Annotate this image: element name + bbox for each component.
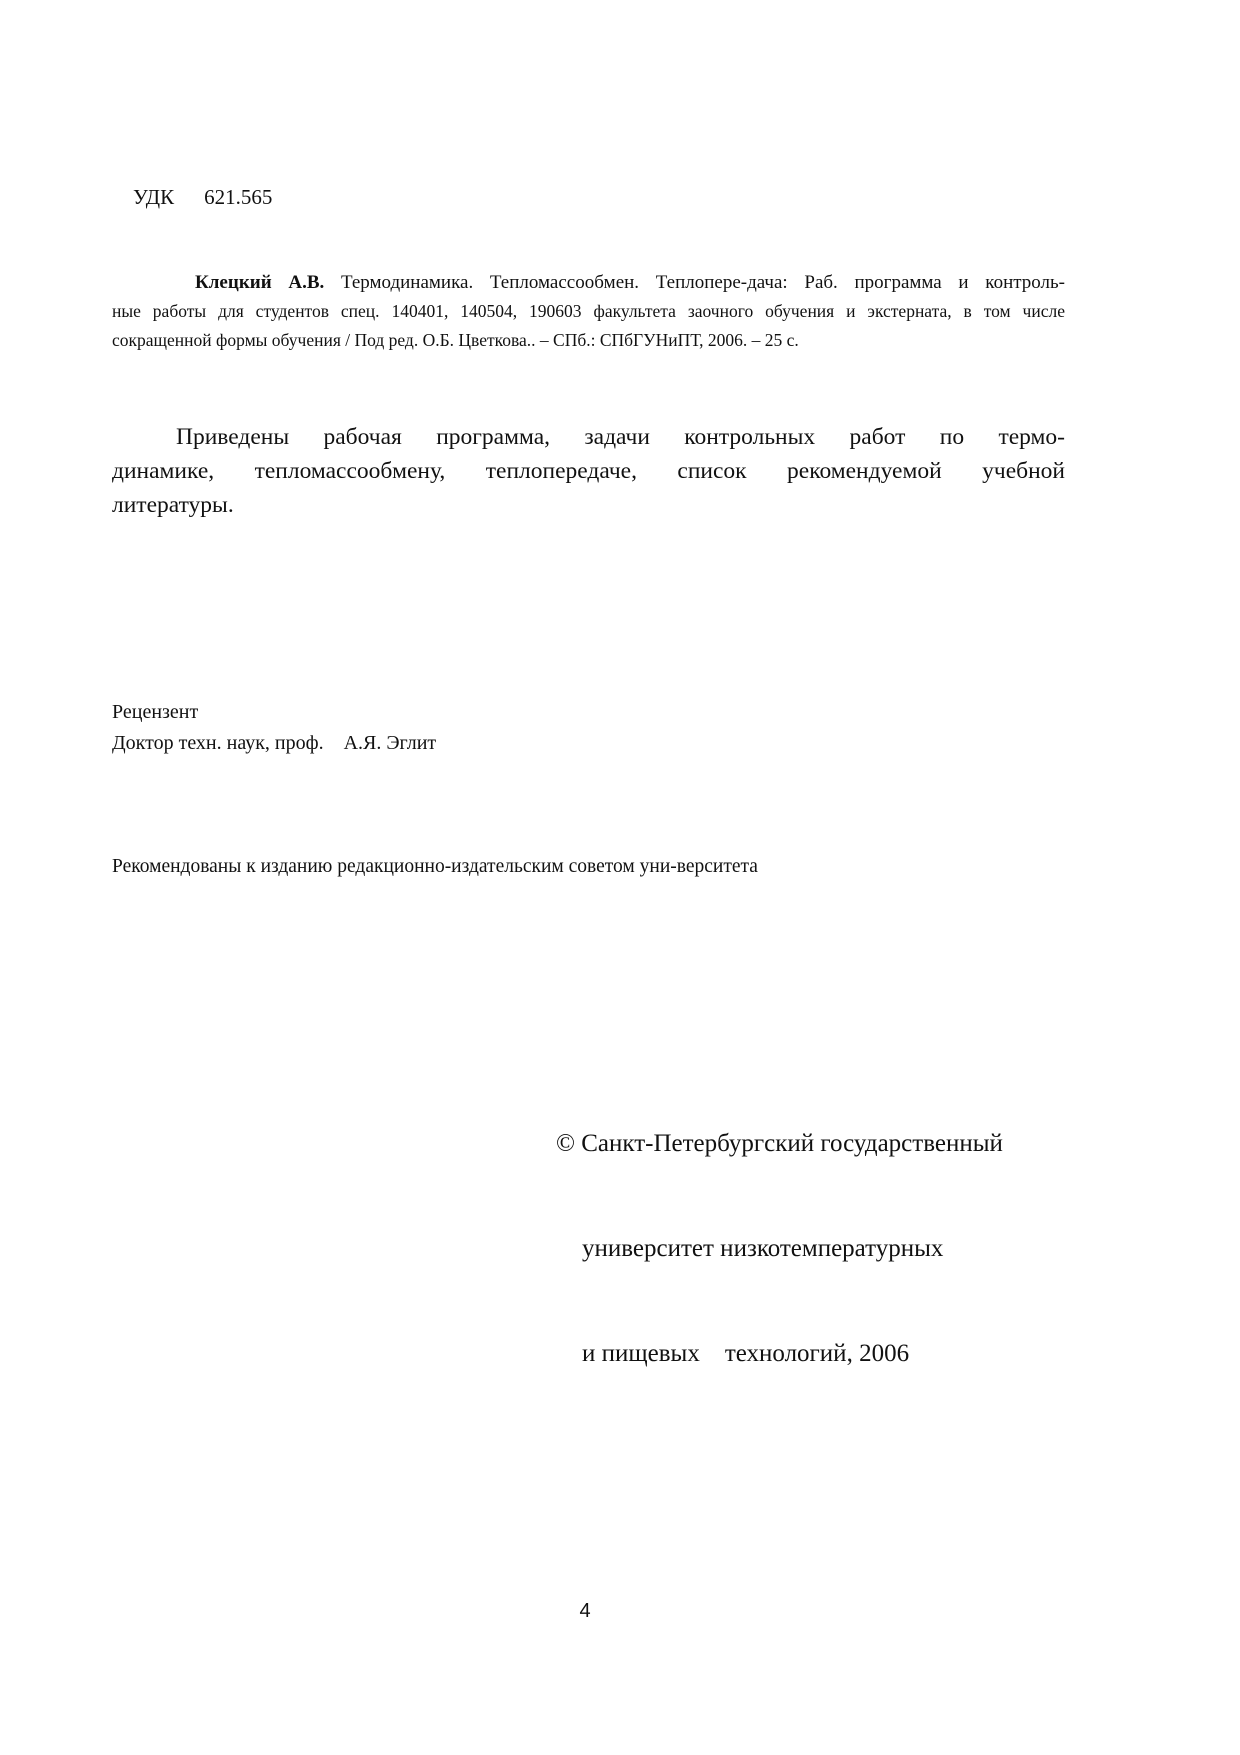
bib-author: Клецкий А.В. — [195, 272, 324, 293]
bib-line-3: сокращенной формы обучения / Под ред. О.… — [112, 326, 1065, 355]
bibliographic-record: Клецкий А.В. Термодинамика. Тепломассооб… — [112, 268, 1065, 355]
document-page: УДК621.565 Клецкий А.В. Термодинамика. Т… — [0, 0, 1240, 1755]
copyright-line-1: © Санкт-Петербургский государственный — [556, 1126, 1003, 1161]
reviewer-name: Доктор техн. наук, проф. А.Я. Эглит — [112, 728, 436, 759]
page-number: 4 — [0, 1600, 1170, 1623]
recommendation-line: Рекомендованы к изданию редакционно-изда… — [112, 856, 758, 878]
abstract-line-3: литературы. — [112, 488, 1065, 522]
udc-value: 621.565 — [204, 185, 272, 209]
reviewer-block: Рецензент Доктор техн. наук, проф. А.Я. … — [112, 697, 436, 759]
bib-line-1: Клецкий А.В. Термодинамика. Тепломассооб… — [112, 268, 1065, 297]
bib-title: Термодинамика. Тепломассообмен. Теплопер… — [341, 272, 1065, 293]
copyright-line-3: и пищевых технологий, 2006 — [556, 1336, 1003, 1371]
copyright-block: © Санкт-Петербургский государственный ун… — [556, 1056, 1003, 1441]
abstract-line-2: динамике, тепломассообмену, теплопередач… — [112, 454, 1065, 488]
abstract-paragraph: Приведены рабочая программа, задачи конт… — [112, 420, 1065, 522]
udc-line: УДК621.565 — [112, 160, 272, 235]
udc-label: УДК — [133, 185, 174, 209]
copyright-line-2: университет низкотемпературных — [556, 1231, 1003, 1266]
reviewer-label: Рецензент — [112, 697, 436, 728]
bib-line-2: ные работы для студентов спец. 140401, 1… — [112, 297, 1065, 326]
abstract-line-1: Приведены рабочая программа, задачи конт… — [112, 420, 1065, 454]
